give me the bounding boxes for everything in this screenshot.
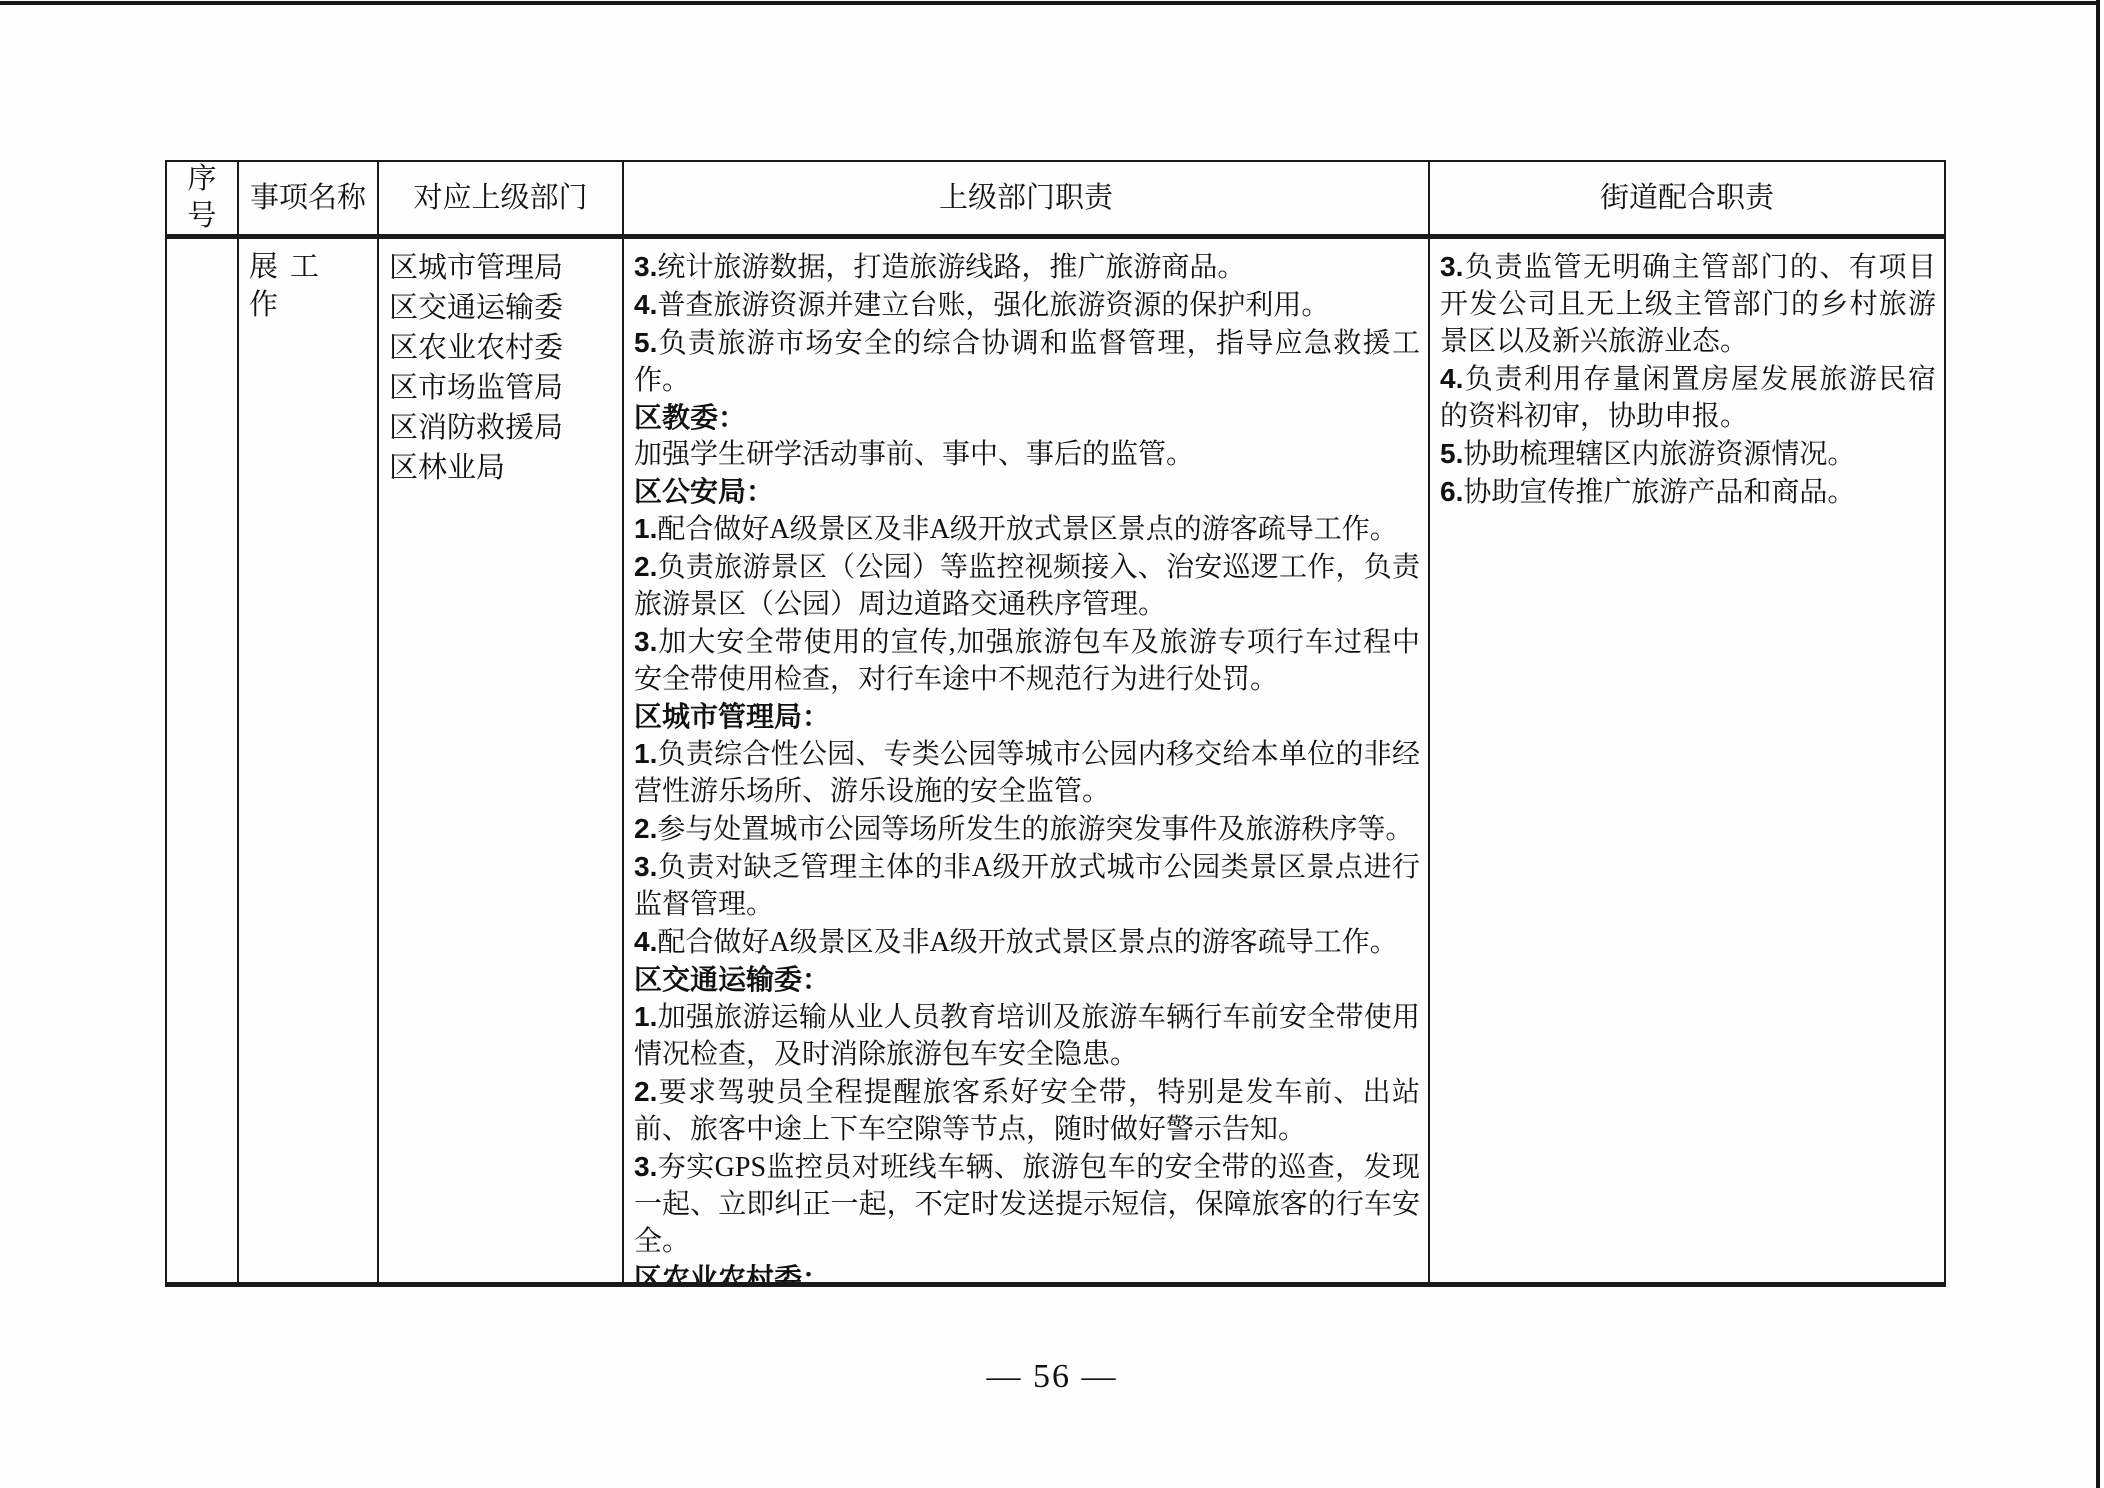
department-line: 区农业农村委 [389, 328, 614, 368]
item-number: 2. [634, 813, 657, 844]
item-number: 6. [1440, 476, 1463, 507]
item-number: 4. [1440, 363, 1463, 394]
cell-superior-duties: 3.统计旅游数据，打造旅游线路，推广旅游商品。4.普查旅游资源并建立台账，强化旅… [624, 239, 1430, 1282]
duties-table: 序号 事项名称 对应上级部门 上级部门职责 街道配合职责 展工作 区城市管理局区… [165, 160, 1946, 1287]
cell-street-duties: 3.负责监管无明确主管部门的、有项目开发公司且无上级主管部门的乡村旅游景区以及新… [1430, 239, 1944, 1282]
duty-paragraph: 5.协助梳理辖区内旅游资源情况。 [1440, 435, 1936, 473]
duty-paragraph: 区城市管理局： [634, 698, 1420, 735]
header-seq: 序号 [167, 162, 239, 234]
top-edge-line [0, 1, 2100, 5]
item-number: 5. [1440, 438, 1463, 469]
duty-paragraph: 2.参与处置城市公园等场所发生的旅游突发事件及旅游秩序等。 [634, 810, 1420, 848]
item-number: 1. [634, 738, 657, 769]
cell-superior-departments: 区城市管理局区交通运输委区农业农村委区市场监管局区消防救援局区林业局 [379, 239, 624, 1282]
page-number: — 56 — [0, 1358, 2104, 1396]
item-number: 2. [634, 551, 657, 582]
item-number: 4. [634, 289, 657, 320]
duty-paragraph: 3.加大安全带使用的宣传,加强旅游包车及旅游专项行车过程中安全带使用检查，对行车… [634, 623, 1420, 698]
department-line: 区消防救援局 [389, 408, 614, 448]
duty-paragraph: 1.加强旅游运输从业人员教育培训及旅游车辆行车前安全带使用情况检查，及时消除旅游… [634, 998, 1420, 1073]
item-number: 2. [634, 1076, 657, 1107]
item-number: 3. [634, 251, 657, 282]
department-line: 区市场监管局 [389, 368, 614, 408]
header-superior-duties-label: 上级部门职责 [939, 180, 1113, 217]
header-superior-duties: 上级部门职责 [624, 162, 1430, 234]
cell-seq [167, 239, 239, 1282]
duty-paragraph: 2.要求驾驶员全程提醒旅客系好安全带，特别是发车前、出站前、旅客中途上下车空隙等… [634, 1073, 1420, 1148]
duty-paragraph: 区农业农村委： [634, 1260, 1420, 1282]
duty-paragraph: 2.负责旅游景区（公园）等监控视频接入、治安巡逻工作，负责旅游景区（公园）周边道… [634, 548, 1420, 623]
header-seq-label: 序号 [187, 162, 217, 234]
item-number: 3. [634, 1151, 657, 1182]
item-number: 1. [634, 1001, 657, 1032]
duty-paragraph: 区交通运输委： [634, 961, 1420, 998]
header-superior-departments: 对应上级部门 [379, 162, 624, 234]
duty-paragraph: 6.协助宣传推广旅游产品和商品。 [1440, 473, 1936, 511]
header-superior-departments-label: 对应上级部门 [413, 180, 587, 217]
duty-paragraph: 5.负责旅游市场安全的综合协调和监督管理，指导应急救援工作。 [634, 324, 1420, 399]
duty-paragraph: 4.配合做好A级景区及非A级开放式景区景点的游客疏导工作。 [634, 923, 1420, 961]
document-page: 序号 事项名称 对应上级部门 上级部门职责 街道配合职责 展工作 区城市管理局区… [0, 0, 2104, 1488]
duty-paragraph: 4.普查旅游资源并建立台账，强化旅游资源的保护利用。 [634, 286, 1420, 324]
item-number: 3. [634, 851, 657, 882]
header-street-duties: 街道配合职责 [1430, 162, 1944, 234]
duty-paragraph: 3.夯实GPS监控员对班线车辆、旅游包车的安全带的巡查，发现一起、立即纠正一起，… [634, 1148, 1420, 1260]
duty-paragraph: 1.配合做好A级景区及非A级开放式景区景点的游客疏导工作。 [634, 510, 1420, 548]
item-number: 3. [634, 626, 657, 657]
department-line: 区林业局 [389, 448, 614, 488]
duty-paragraph: 区教委： [634, 399, 1420, 436]
table-body-row: 展工作 区城市管理局区交通运输委区农业农村委区市场监管局区消防救援局区林业局 3… [167, 239, 1944, 1282]
department-line: 区交通运输委 [389, 288, 614, 328]
department-line: 区城市管理局 [389, 248, 614, 288]
duty-paragraph: 4.负责利用存量闲置房屋发展旅游民宿的资料初审，协助申报。 [1440, 360, 1936, 435]
item-number: 3. [1440, 251, 1463, 282]
duty-paragraph: 3.负责对缺乏管理主体的非A级开放式城市公园类景区景点进行监督管理。 [634, 848, 1420, 923]
item-name-text: 展工作 [249, 248, 369, 324]
duty-paragraph: 3.统计旅游数据，打造旅游线路，推广旅游商品。 [634, 248, 1420, 286]
table-header-row: 序号 事项名称 对应上级部门 上级部门职责 街道配合职责 [167, 162, 1944, 239]
item-number: 5. [634, 327, 657, 358]
duty-paragraph: 1.负责综合性公园、专类公园等城市公园内移交给本单位的非经营性游乐场所、游乐设施… [634, 735, 1420, 810]
duty-paragraph: 3.负责监管无明确主管部门的、有项目开发公司且无上级主管部门的乡村旅游景区以及新… [1440, 248, 1936, 360]
duty-paragraph: 区公安局： [634, 473, 1420, 510]
header-item-name: 事项名称 [239, 162, 379, 234]
header-street-duties-label: 街道配合职责 [1600, 180, 1774, 217]
header-item-name-label: 事项名称 [250, 180, 366, 217]
right-edge-line [2096, 0, 2100, 1488]
item-number: 4. [634, 926, 657, 957]
cell-item-name: 展工作 [239, 239, 379, 1282]
item-number: 1. [634, 513, 657, 544]
duty-paragraph: 加强学生研学活动事前、事中、事后的监管。 [634, 436, 1420, 473]
